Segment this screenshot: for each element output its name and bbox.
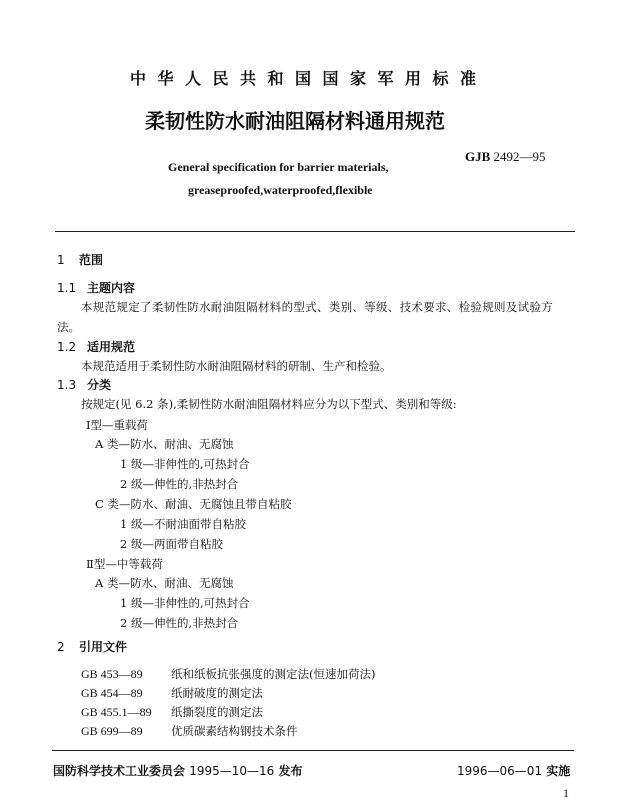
section-1-heading: 1范围 <box>57 253 103 267</box>
section-number: 1.3 <box>57 378 87 392</box>
classification-item: Ⅱ型—中等载荷 <box>86 557 163 571</box>
section-2-heading: 2引用文件 <box>57 640 127 654</box>
document-title-en-line1: General specification for barrier materi… <box>168 160 389 174</box>
standard-code-prefix: GJB <box>465 149 490 164</box>
standard-code-number: 2492—95 <box>494 149 546 164</box>
section-number: 1.2 <box>57 340 87 354</box>
section-number: 1 <box>57 253 79 267</box>
section-number: 2 <box>57 640 79 654</box>
reference-code: GB 453—89 <box>81 667 143 681</box>
standard-type-heading: 中华人民共和国国家军用标准 <box>130 70 488 88</box>
classification-item: C 类—防水、耐油、无腐蚀且带自粘胶 <box>95 497 291 511</box>
reference-code: GB 699—89 <box>81 724 143 738</box>
classification-item: 1 级—不耐油面带自粘胶 <box>120 517 246 531</box>
classification-item: 1 级—非伸性的,可热封合 <box>120 596 250 610</box>
section-1-1-heading: 1.1主题内容 <box>57 281 135 295</box>
classification-item: A 类—防水、耐油、无腐蚀 <box>95 437 233 451</box>
page-number: 1 <box>563 786 569 800</box>
reference-code: GB 454—89 <box>81 686 143 700</box>
footer-divider <box>52 750 574 751</box>
reference-title: 优质碳素结构钢技术条件 <box>171 724 298 738</box>
section-title: 引用文件 <box>79 640 127 654</box>
reference-title: 纸撕裂度的测定法 <box>171 705 263 719</box>
classification-item: Ⅰ型—重载荷 <box>86 418 148 432</box>
reference-title: 纸耐破度的测定法 <box>171 686 263 700</box>
issue-date: 1995—10—16 <box>189 764 274 778</box>
classification-item: 2 级—伸性的,非热封合 <box>120 477 238 491</box>
issue-label: 发布 <box>278 764 302 778</box>
section-1-2-body: 本规范适用于柔韧性防水耐油阻隔材料的研制、生产和检验。 <box>81 359 392 373</box>
document-title-en-line2: greaseproofed,waterproofed,flexible <box>188 183 373 197</box>
reference-code: GB 455.1—89 <box>81 705 152 719</box>
section-1-1-body-line1: 本规范规定了柔韧性防水耐油阻隔材料的型式、类别、等级、技术要求、检验规则及试验方 <box>81 300 553 314</box>
standard-code: GJB 2492—95 <box>465 149 546 164</box>
document-title-cn: 柔韧性防水耐油阻隔材料通用规范 <box>145 110 445 132</box>
section-1-3-intro: 按规定(见 6.2 条),柔韧性防水耐油阻隔材料应分为以下型式、类别和等级: <box>81 397 457 411</box>
reference-title: 纸和纸板抗张强度的测定法(恒速加荷法) <box>171 667 375 681</box>
section-number: 1.1 <box>57 281 87 295</box>
classification-item: 1 级—非伸性的,可热封合 <box>120 457 250 471</box>
section-title: 主题内容 <box>87 281 135 295</box>
issue-statement: 国防科学技术工业委员会 1995—10—16 发布 <box>53 764 302 778</box>
effective-statement: 1996—06—01 实施 <box>457 764 570 778</box>
classification-item: 2 级—两面带自粘胶 <box>120 537 223 551</box>
effective-label: 实施 <box>546 764 570 778</box>
effective-date: 1996—06—01 <box>457 764 542 778</box>
section-title: 范围 <box>79 253 103 267</box>
section-1-2-heading: 1.2适用规范 <box>57 340 135 354</box>
section-title: 适用规范 <box>87 340 135 354</box>
classification-item: A 类—防水、耐油、无腐蚀 <box>95 576 233 590</box>
header-divider <box>55 231 575 232</box>
issuer: 国防科学技术工业委员会 <box>53 764 185 778</box>
section-1-3-heading: 1.3分类 <box>57 378 111 392</box>
section-title: 分类 <box>87 378 111 392</box>
classification-item: 2 级—伸性的,非热封合 <box>120 616 238 630</box>
section-1-1-body-line2: 法。 <box>57 320 80 334</box>
